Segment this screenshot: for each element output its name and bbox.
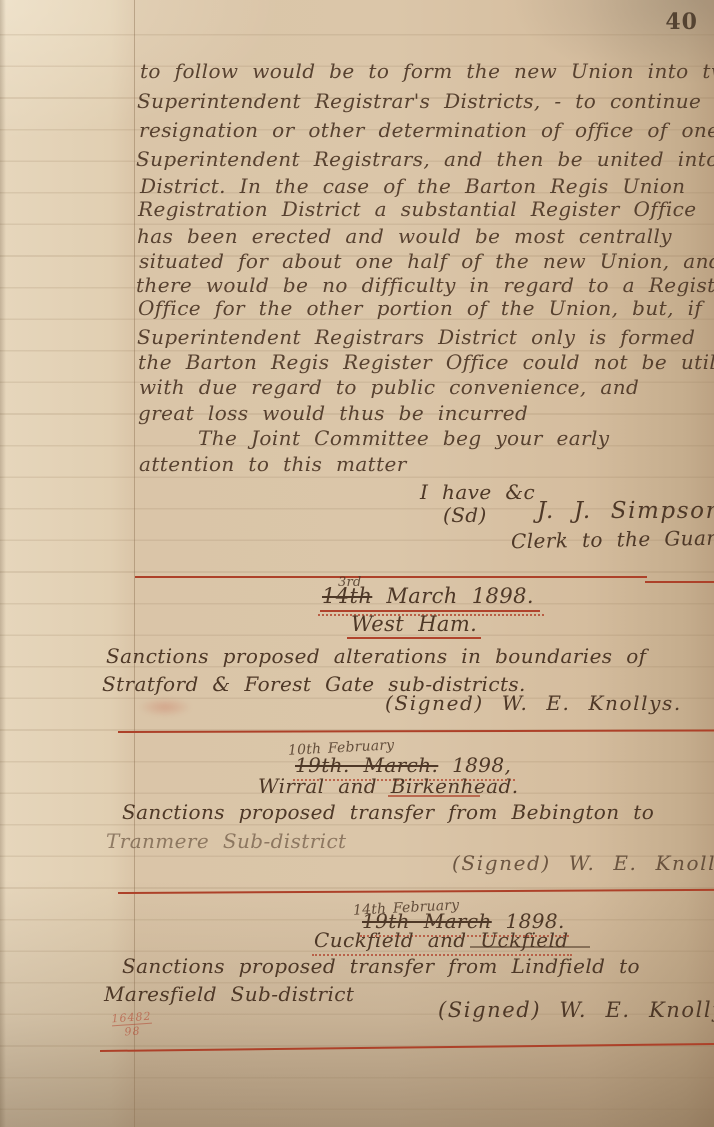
red-separator [118, 889, 714, 894]
stamp-year: 98 [112, 1023, 153, 1040]
entry-signature: (Signed) W. E. Knollys [452, 850, 714, 876]
reference-stamp: 16482 98 [111, 1010, 153, 1040]
red-separator [100, 1043, 714, 1052]
ledger-page: 40 to follow would be to form the new Un… [0, 0, 714, 1127]
entry-date: 14th March 1898. [320, 583, 540, 609]
minute-line: situated for about one half of the new U… [139, 248, 714, 274]
entry-body-line: Maresfield Sub-district [104, 981, 354, 1007]
stamp-number: 16482 [111, 1010, 152, 1026]
sd-abbrev: (Sd) [443, 502, 487, 528]
minute-line: resignation or other determination of of… [139, 117, 714, 143]
red-partial-underline [388, 795, 480, 797]
entry-heading: West Ham. [347, 611, 481, 637]
minute-line: Superintendent Registrars, and then be u… [136, 146, 714, 172]
red-separator [118, 729, 714, 733]
minute-line: the Barton Regis Register Office could n… [138, 349, 714, 375]
ink-smudge [138, 697, 192, 717]
clerk-signature: J. J. Simpson [537, 498, 714, 524]
page-number: 40 [665, 9, 698, 35]
entry-signature: (Signed) W. E. Knollys [438, 997, 714, 1023]
entry-body-line: Sanctions proposed alterations in bounda… [106, 643, 646, 669]
kept-date: March 1898. [386, 584, 534, 608]
struck-date: 14th [322, 584, 372, 608]
minute-line: Superintendent Registrars District only … [137, 324, 695, 350]
entry-body-line: Sanctions proposed transfer from Bebingt… [122, 799, 654, 825]
minute-line: has been erected and would be most centr… [137, 223, 672, 249]
minute-line: great loss would thus be incurred [138, 400, 528, 426]
minute-line: Office for the other portion of the Unio… [138, 295, 714, 321]
red-separator [645, 581, 714, 583]
minute-line: Registration District a substantial Regi… [138, 196, 697, 222]
ink-underline [470, 946, 590, 948]
minute-line: The Joint Committee beg your early [198, 425, 609, 451]
minute-line: attention to this matter [139, 451, 407, 477]
minute-line: to follow would be to form the new Union… [140, 58, 714, 84]
red-separator [135, 576, 647, 578]
entry-body-line: Tranmere Sub-district [106, 828, 347, 854]
entry-body-line: Sanctions proposed transfer from Lindfie… [122, 953, 640, 979]
entry-heading: Cuckfield and Uckfield [312, 927, 572, 953]
minute-line: Superintendent Registrar's Districts, - … [137, 88, 714, 114]
minute-line: with due regard to public convenience, a… [139, 374, 639, 400]
clerk-role: Clerk to the Guardians [511, 524, 714, 555]
entry-signature: (Signed) W. E. Knollys. [385, 690, 682, 716]
binding-edge-shadow [0, 0, 6, 1127]
